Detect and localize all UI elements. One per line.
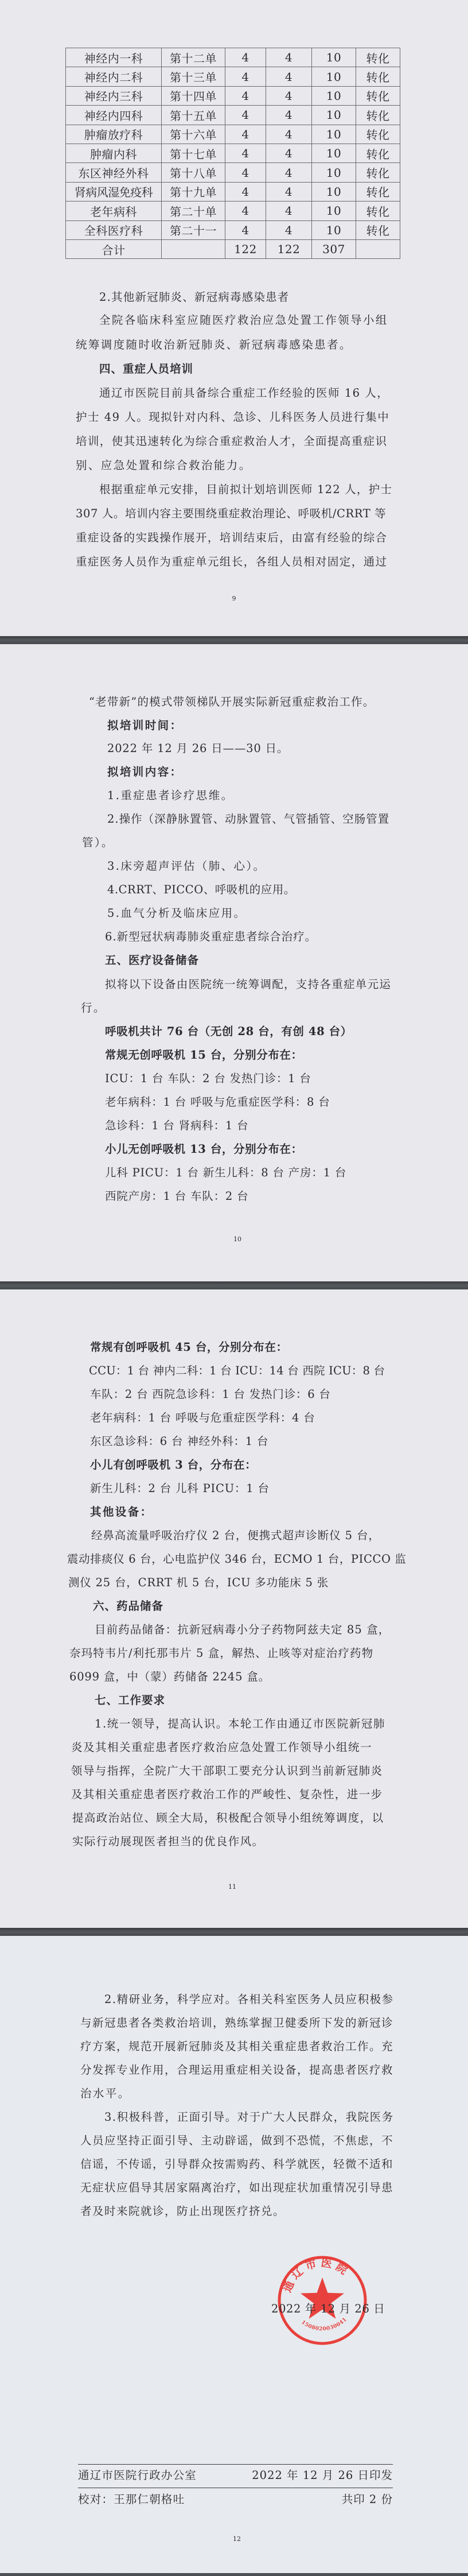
label-training-content: 拟培训内容： <box>107 765 182 779</box>
distribution-line: 急诊科：1 台 肾病科：1 台 <box>105 1119 248 1133</box>
unit-cell: 第十八单 <box>162 163 225 182</box>
distribution-line: 老年病科：1 台 呼吸与危重症医学科：4 台 <box>90 1411 315 1425</box>
training-date-range: 2022 年 12 月 26 日——30 日。 <box>107 742 288 756</box>
distribution-line: 儿科 PICU：1 台 新生儿科：8 台 产房：1 台 <box>105 1166 346 1180</box>
paragraph-line: 统筹调度随时收治新冠肺炎、新冠病毒感染患者。 <box>76 338 352 352</box>
paragraph-line: 奈玛特韦片/利托那韦片 5 盒，解热、止咳等对症治疗药物 <box>69 1647 373 1660</box>
page-9: 神经内一科第十二单4410转化 神经内二科第十三单4410转化 神经内三科第十四… <box>0 0 468 636</box>
subheading-other-equipment: 其他设备： <box>90 1505 153 1519</box>
distribution-line: 车队：2 台 西院急诊科：1 台 发热门诊：6 台 <box>90 1388 331 1401</box>
value-cell: 4 <box>225 163 266 182</box>
paragraph-line: 307 人。培训内容主要围绕重症救治理论、呼吸机/CRRT 等 <box>76 507 386 521</box>
section-heading-training: 四、重症人员培训 <box>99 362 193 376</box>
unit-cell: 第十四单 <box>162 86 225 105</box>
value-cell: 4 <box>266 48 312 67</box>
section-heading-requirements: 七、工作要求 <box>95 1694 165 1707</box>
page-number: 9 <box>223 595 245 602</box>
unit-cell: 第十二单 <box>162 48 225 67</box>
value-cell: 4 <box>225 144 266 162</box>
list-item: 1.重症患者诊疗思维。 <box>107 789 234 803</box>
unit-cell <box>162 239 225 258</box>
dept-cell: 神经内二科 <box>66 67 162 86</box>
value-cell: 4 <box>266 106 312 125</box>
paragraph-line: 拟将以下设备由医院统一统筹调配，支持各重症单元运 <box>105 978 391 991</box>
value-cell: 4 <box>225 48 266 67</box>
paragraph-line: 人员应坚持正面引导、主动辟谣，做到不恐慌，不焦虑，不 <box>80 2134 393 2148</box>
table-row: 神经内一科第十二单4410转化 <box>66 48 400 67</box>
list-item: 3.床旁超声评估（肺、心）。 <box>107 859 266 873</box>
distribution-line: CCU：1 台 神内二科：1 台 ICU：14 台 西院 ICU：8 台 <box>89 1364 385 1378</box>
value-cell: 4 <box>225 220 266 239</box>
paragraph-line: 测仪 25 台，CRRT 机 5 台，ICU 多功能床 5 张 <box>68 1576 329 1590</box>
page-separator <box>0 636 468 644</box>
page-number: 10 <box>226 1235 249 1243</box>
dept-cell: 全科医疗科 <box>66 220 162 239</box>
paragraph-line: 重症医务人员作为重症单元组长，各组人员相对固定，通过 <box>76 555 387 569</box>
paragraph-line: 疗方案，规范开展新冠肺炎及其相关重症患者救治工作。充 <box>80 2040 393 2054</box>
unit-cell: 第十七单 <box>162 144 225 162</box>
value-cell: 4 <box>225 182 266 201</box>
status-cell: 转化 <box>356 106 400 125</box>
paragraph-line: 目前药品储备：抗新冠病毒小分子药物阿兹夫定 85 盒， <box>95 1623 390 1637</box>
critical-care-units-table: 神经内一科第十二单4410转化 神经内二科第十三单4410转化 神经内三科第十四… <box>65 48 400 259</box>
ventilator-total: 呼吸机共计 76 台（无创 28 台，有创 48 台） <box>105 1025 352 1039</box>
value-cell: 10 <box>312 220 356 239</box>
dept-cell: 神经内三科 <box>66 86 162 105</box>
paragraph-line: 者及时来院就诊，防止出现医疗挤兑。 <box>80 2205 285 2218</box>
value-cell: 10 <box>312 163 356 182</box>
value-cell: 4 <box>225 125 266 144</box>
section-heading-equipment: 五、医疗设备储备 <box>105 954 199 967</box>
subheading-pediatric-invasive: 小儿有创呼吸机 3 台，分布在： <box>90 1458 256 1472</box>
page-12: 2.精研业务，科学应对。各相关科室医务人员应积极参 与新冠患者各类救治培训，熟练… <box>0 1936 468 2573</box>
table-row: 东区神经外科第十八单4410转化 <box>66 163 400 182</box>
list-item: 2.操作（深静脉置管、动脉置管、气管插管、空肠管置 <box>107 812 389 826</box>
page-number: 12 <box>225 2535 248 2543</box>
table-row: 全科医疗科第二十一4410转化 <box>66 220 400 239</box>
table-row: 神经内四科第十五单4410转化 <box>66 106 400 125</box>
subheading-invasive: 常规有创呼吸机 45 台，分别分布在： <box>90 1341 288 1354</box>
proofreader: 校对：王那仁朝格吐 <box>78 2493 185 2507</box>
distribution-line: 新生儿科：2 台 儿科 PICU：1 台 <box>90 1482 270 1496</box>
copies-printed: 共印 2 份 <box>342 2493 393 2507</box>
distribution-line: ICU：1 台 车队：2 台 发热门诊：1 台 <box>105 1072 311 1086</box>
value-cell: 10 <box>312 48 356 67</box>
value-cell: 4 <box>225 106 266 125</box>
unit-cell: 第十五单 <box>162 106 225 125</box>
value-cell: 4 <box>266 182 312 201</box>
total-label-cell: 合计 <box>66 239 162 258</box>
paragraph-line: 2.精研业务，科学应对。各相关科室医务人员应积极参 <box>104 1993 394 2006</box>
table-row: 肾病风湿免疫科第十九单4410转化 <box>66 182 400 201</box>
paragraph-line: 震动排痰仪 6 台，心电监护仪 346 台，ECMO 1 台，PICCO 监 <box>67 1552 406 1566</box>
dept-cell: 肿瘤内科 <box>66 144 162 162</box>
paragraph-line: 实际行动展现医者担当的优良作风。 <box>72 1835 264 1849</box>
section-heading-drugs: 六、药品储备 <box>93 1599 163 1613</box>
paragraph-line: 治水平。 <box>80 2087 131 2101</box>
value-cell: 4 <box>225 86 266 105</box>
table-total-row: 合计122122307 <box>66 239 400 258</box>
paragraph-line: 1.统一领导，提高认识。本轮工作由通辽市医院新冠肺 <box>95 1717 385 1731</box>
paragraph-line: 全院各临床科室应随医疗救治应急处置工作领导小组 <box>99 313 388 327</box>
list-item: 5.血气分析及临床应用。 <box>107 907 246 920</box>
table-row: 老年病科第二十单4410转化 <box>66 202 400 220</box>
paragraph-line: 无症状应倡导其居家隔离治疗，如出现症状加重情况引导患 <box>80 2181 393 2195</box>
svg-text:通辽市医院: 通辽市医院 <box>281 2256 353 2294</box>
list-item: 6.新型冠状病毒肺炎重症患者综合治疗。 <box>105 930 317 944</box>
value-cell: 4 <box>225 202 266 220</box>
dept-cell: 东区神经外科 <box>66 163 162 182</box>
unit-cell: 第十三单 <box>162 67 225 86</box>
distribution-line: 东区急诊科：6 台 神经外科：1 台 <box>90 1435 268 1448</box>
paragraph-line: 提高政治站位、顾全大局，积极配合领导小组统筹调度，以 <box>72 1811 384 1825</box>
distribution-line: 西院产房：1 台 车队：2 台 <box>105 1190 248 1203</box>
value-cell: 4 <box>266 67 312 86</box>
paragraph-line: 分发挥专业作用，合理运用重症相关设备，提高患者医疗救 <box>80 2063 393 2077</box>
unit-cell: 第二十一 <box>162 220 225 239</box>
dept-cell: 肾病风湿免疫科 <box>66 182 162 201</box>
paragraph-line: 与新冠患者各类救治培训，熟练掌握卫健委所下发的新冠诊 <box>80 2016 393 2030</box>
subheading-noninvasive: 常规无创呼吸机 15 台，分别分布在： <box>105 1048 303 1062</box>
value-cell: 10 <box>312 125 356 144</box>
label-training-time: 拟培训时间： <box>107 719 182 733</box>
issuing-office: 通辽市医院行政办公室 <box>78 2469 197 2482</box>
paragraph-line: 重症设备的实践操作展开，培训结束后，由富有经验的综合 <box>76 531 387 545</box>
signature-date: 2022 年 12 月 26 日 <box>271 2302 385 2316</box>
page-separator <box>0 2573 468 2576</box>
paragraph-line: 别、应急处置和综合救治能力。 <box>76 459 252 472</box>
page-separator <box>0 1281 468 1289</box>
value-cell: 4 <box>266 202 312 220</box>
distribution-line: 老年病科：1 台 呼吸与危重症医学科：8 台 <box>105 1095 330 1109</box>
dept-cell: 神经内四科 <box>66 106 162 125</box>
paragraph-line: 6099 盒，中（蒙）药储备 2245 盒。 <box>69 1670 270 1684</box>
status-cell <box>356 239 400 258</box>
paragraph-line: 经鼻高流量呼吸治疗仪 2 台，便携式超声诊断仪 5 台， <box>91 1529 380 1543</box>
value-cell: 10 <box>312 182 356 201</box>
paragraph-line: 领导与指挥，全院广大干部职工要充分认识到当前新冠肺炎 <box>71 1764 383 1778</box>
total-value-cell: 307 <box>312 239 356 258</box>
official-seal-icon: 通辽市医院 1508020030041 <box>276 2255 368 2346</box>
page-11: 常规有创呼吸机 45 台，分别分布在： CCU：1 台 神内二科：1 台 ICU… <box>0 1289 468 1928</box>
subheading-pediatric-noninvasive: 小儿无创呼吸机 13 台，分别分布在： <box>105 1142 303 1156</box>
paragraph-line: 培训，使其迅速转化为综合重症救治人才，全面提高重症识 <box>76 435 387 448</box>
list-item: 4.CRRT、PICCO、呼吸机的应用。 <box>107 883 295 897</box>
unit-cell: 第十六单 <box>162 125 225 144</box>
status-cell: 转化 <box>356 220 400 239</box>
table-row: 肿瘤内科第十七单4410转化 <box>66 144 400 162</box>
paragraph-line: 护士 49 人。现拟针对内科、急诊、儿科医务人员进行集中 <box>76 410 389 424</box>
status-cell: 转化 <box>356 144 400 162</box>
paragraph-line: 炎及其相关重症患者医疗救治应急处置工作领导小组统一 <box>71 1741 372 1754</box>
paragraph-line: 通辽市医院目前具备综合重症工作经验的医师 16 人， <box>99 386 389 400</box>
value-cell: 10 <box>312 144 356 162</box>
value-cell: 4 <box>266 125 312 144</box>
dept-cell: 肿瘤放疗科 <box>66 125 162 144</box>
status-cell: 转化 <box>356 48 400 67</box>
table-row: 肿瘤放疗科第十六单4410转化 <box>66 125 400 144</box>
svg-text:1508020030041: 1508020030041 <box>300 2317 348 2332</box>
paragraph-line: 及其相关重症患者医疗救治工作的严峻性、复杂性，进一步 <box>71 1788 383 1802</box>
unit-cell: 第十九单 <box>162 182 225 201</box>
status-cell: 转化 <box>356 163 400 182</box>
page-separator <box>0 1928 468 1936</box>
value-cell: 10 <box>312 67 356 86</box>
list-item: 管）。 <box>82 836 114 850</box>
value-cell: 4 <box>266 144 312 162</box>
paragraph-line: 行。 <box>81 1001 106 1015</box>
paragraph-line: 3.积极科普，正面引导。对于广大人民群众，我院医务 <box>104 2110 394 2124</box>
dept-cell: 老年病科 <box>66 202 162 220</box>
page-10: “老带新”的模式带领梯队开展实际新冠重症救治工作。 拟培训时间： 2022 年 … <box>0 644 468 1281</box>
paragraph-line: 信谣，不传谣，引导群众按需购药、科学就医，轻微不适和 <box>80 2157 393 2171</box>
unit-cell: 第二十单 <box>162 202 225 220</box>
value-cell: 4 <box>266 86 312 105</box>
status-cell: 转化 <box>356 182 400 201</box>
status-cell: 转化 <box>356 125 400 144</box>
total-value-cell: 122 <box>225 239 266 258</box>
footer-top-rule <box>78 2464 393 2465</box>
value-cell: 10 <box>312 86 356 105</box>
paragraph-line: “老带新”的模式带领梯队开展实际新冠重症救治工作。 <box>89 695 375 709</box>
value-cell: 10 <box>312 106 356 125</box>
issue-date: 2022 年 12 月 26 日印发 <box>252 2469 393 2482</box>
table-row: 神经内三科第十四单4410转化 <box>66 86 400 105</box>
total-value-cell: 122 <box>266 239 312 258</box>
page-number: 11 <box>221 1883 244 1891</box>
status-cell: 转化 <box>356 86 400 105</box>
status-cell: 转化 <box>356 202 400 220</box>
value-cell: 4 <box>225 67 266 86</box>
footer-middle-rule <box>78 2488 393 2488</box>
paragraph-line: 根据重症单元安排，目前拟计划培训医师 122 人，护士 <box>99 483 392 497</box>
value-cell: 4 <box>266 163 312 182</box>
status-cell: 转化 <box>356 67 400 86</box>
dept-cell: 神经内一科 <box>66 48 162 67</box>
subheading-other-patients: 2.其他新冠肺炎、新冠病毒感染患者 <box>99 290 290 304</box>
table-row: 神经内二科第十三单4410转化 <box>66 67 400 86</box>
value-cell: 4 <box>266 220 312 239</box>
value-cell: 10 <box>312 202 356 220</box>
